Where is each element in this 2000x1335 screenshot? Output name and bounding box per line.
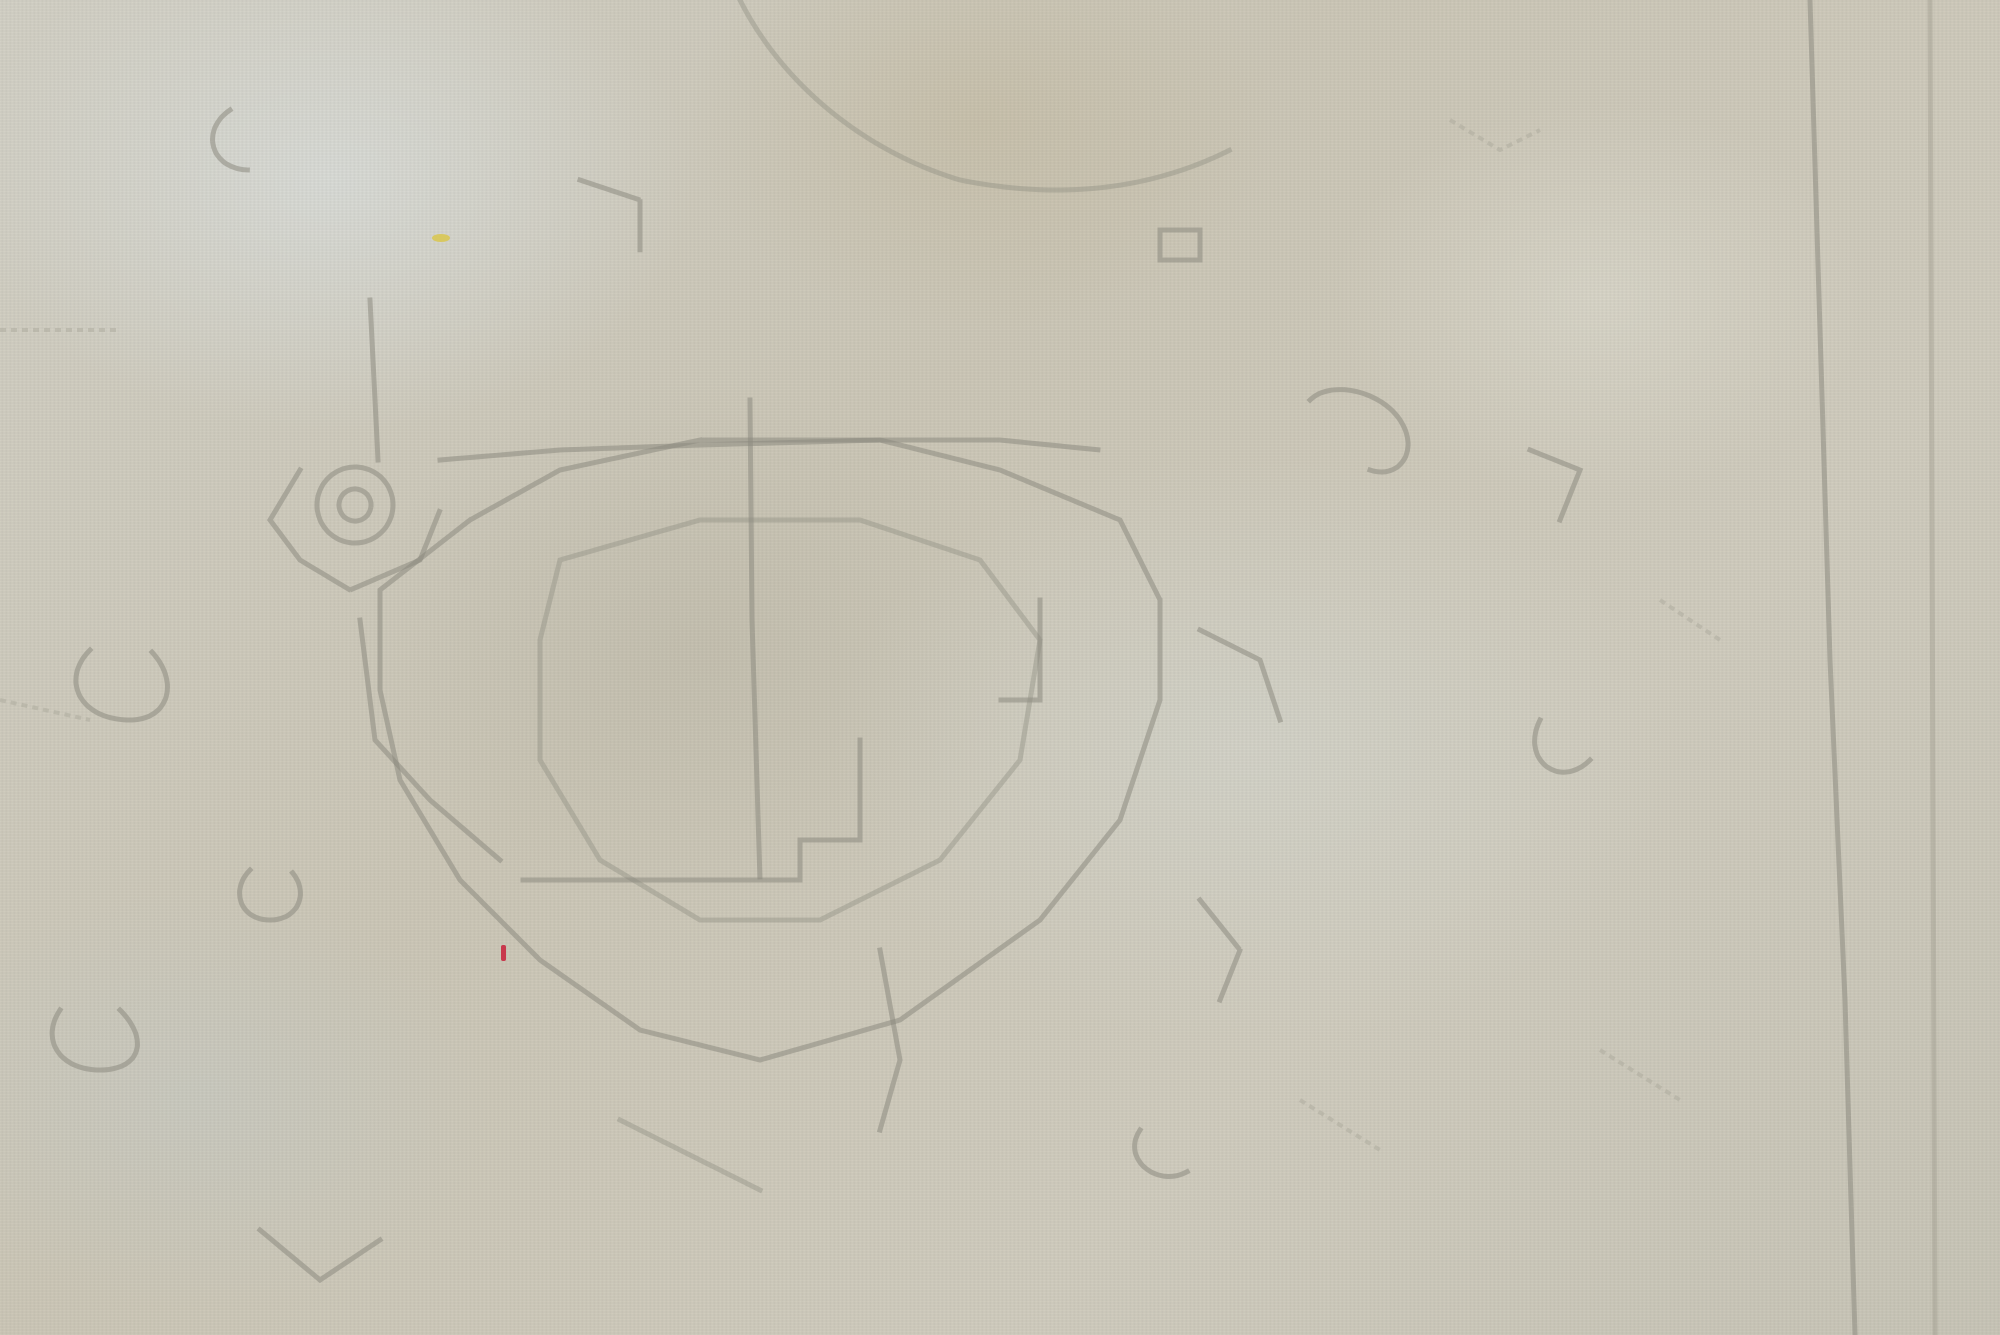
rug-motif-pattern <box>0 0 2000 1335</box>
rug-photo <box>0 0 2000 1335</box>
yellow-speck <box>432 234 450 242</box>
red-speck <box>501 945 506 961</box>
